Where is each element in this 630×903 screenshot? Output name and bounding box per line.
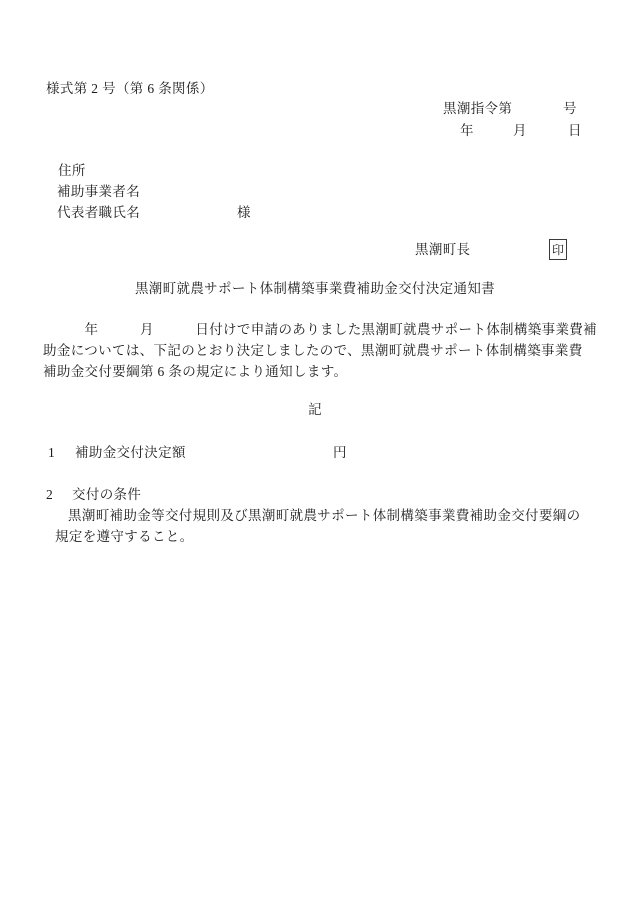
body-line-1: 年 月 日付けで申請のありました黒潮町就農サポート体制構築事業費補 bbox=[43, 322, 597, 338]
item-2-line-1: 黒潮町補助金等交付規則及び黒潮町就農サポート体制構築事業費補助金交付要綱の bbox=[68, 508, 580, 524]
mayor-title: 黒潮町長 bbox=[415, 242, 470, 258]
recipient-representative-label: 代表者職氏名 bbox=[57, 205, 140, 221]
item-2-line-2: 規定を遵守すること。 bbox=[55, 529, 194, 545]
item-2-label: 交付の条件 bbox=[72, 487, 141, 503]
body-line-3: 補助金交付要綱第 6 条の規定により通知します。 bbox=[43, 364, 347, 380]
recipient-honorific: 様 bbox=[237, 205, 251, 221]
directive-number-suffix: 号 bbox=[563, 101, 577, 117]
item-2-number: 2 bbox=[46, 487, 53, 503]
seal-box: 印 bbox=[549, 239, 567, 260]
item-1-number: 1 bbox=[48, 445, 55, 461]
issue-date-month-label: 月 bbox=[513, 123, 527, 139]
issue-date-day-label: 日 bbox=[568, 123, 582, 139]
recipient-address-label: 住所 bbox=[58, 163, 86, 179]
document-title: 黒潮町就農サポート体制構築事業費補助金交付決定通知書 bbox=[0, 281, 630, 297]
issue-date-year-label: 年 bbox=[460, 123, 474, 139]
item-1-label: 補助金交付決定額 bbox=[75, 445, 186, 461]
seal-stamp-placeholder: 印 bbox=[552, 241, 564, 258]
recipient-business-name-label: 補助事業者名 bbox=[57, 184, 140, 200]
ki-marker: 記 bbox=[0, 402, 630, 418]
form-number-label: 様式第 2 号（第 6 条関係） bbox=[46, 81, 214, 97]
notice-document-page: 様式第 2 号（第 6 条関係） 黒潮指令第 号 年 月 日 住所 補助事業者名… bbox=[0, 0, 630, 903]
directive-number-prefix: 黒潮指令第 bbox=[443, 101, 512, 117]
item-1-unit: 円 bbox=[333, 445, 347, 461]
body-line-2: 助金については、下記のとおり決定しましたので、黒潮町就農サポート体制構築事業費 bbox=[43, 343, 583, 359]
